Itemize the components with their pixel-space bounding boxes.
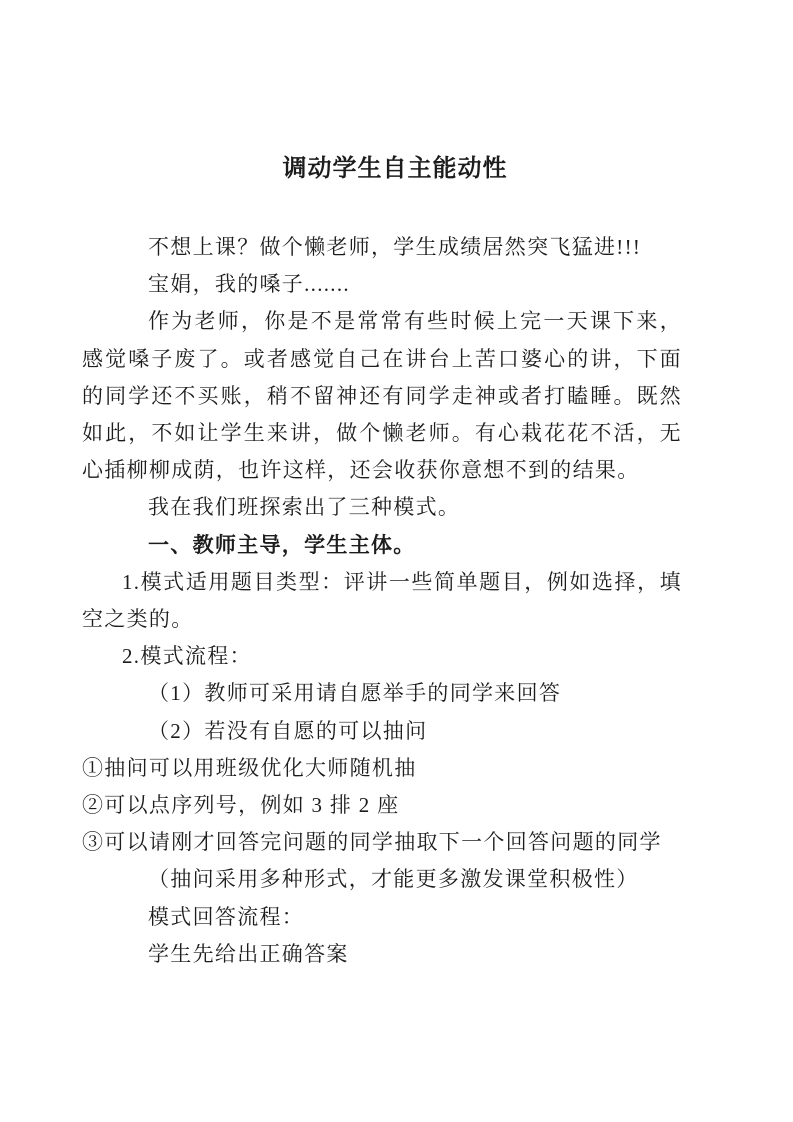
paragraph: 模式回答流程：	[82, 899, 682, 936]
paragraph: 我在我们班探索出了三种模式。	[82, 489, 682, 526]
paragraph: 一、教师主导，学生主体。	[82, 527, 682, 564]
paragraph: 宝娟，我的嗓子.......	[82, 266, 682, 303]
paragraph: 作为老师，你是不是常常有些时候上完一天课下来，感觉嗓子废了。或者感觉自己在讲台上…	[82, 303, 682, 489]
paragraph: （抽问采用多种形式，才能更多激发课堂积极性）	[82, 861, 682, 898]
paragraph: 1.模式适用题目类型：评讲一些简单题目，例如选择，填空之类的。	[82, 564, 682, 638]
paragraph: 2.模式流程：	[82, 638, 682, 675]
paragraph: ③可以请刚才回答完问题的同学抽取下一个回答问题的同学	[82, 824, 682, 861]
paragraph: 不想上课？做个懒老师，学生成绩居然突飞猛进!!!	[82, 229, 682, 266]
paragraph: （2）若没有自愿的可以抽问	[82, 713, 682, 750]
paragraph: （1）教师可采用请自愿举手的同学来回答	[82, 675, 682, 712]
paragraph: ①抽问可以用班级优化大师随机抽	[82, 750, 682, 787]
document-title: 调动学生自主能动性	[82, 150, 708, 188]
paragraph: ②可以点序列号，例如 3 排 2 座	[82, 787, 682, 824]
document-page: 调动学生自主能动性 不想上课？做个懒老师，学生成绩居然突飞猛进!!!宝娟，我的嗓…	[0, 0, 793, 1122]
paragraph: 学生先给出正确答案	[82, 936, 682, 973]
